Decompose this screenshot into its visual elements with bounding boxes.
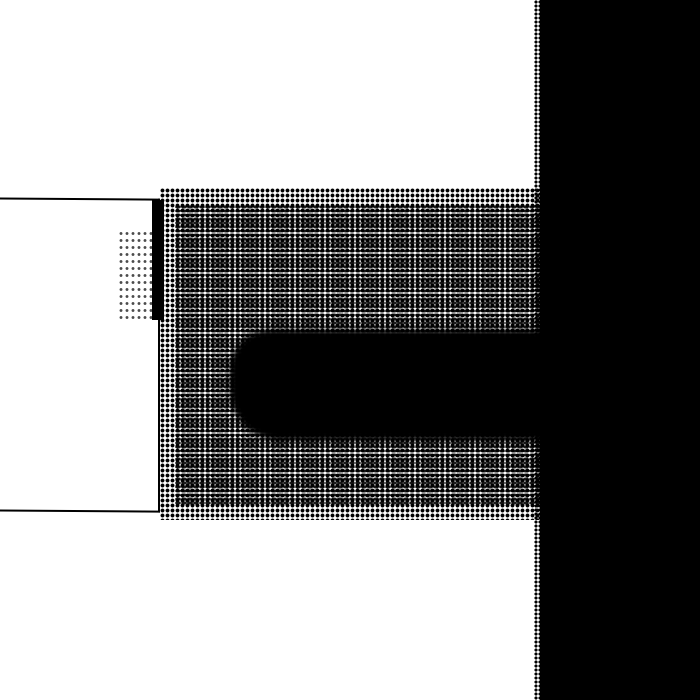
ink-speckle <box>118 230 154 320</box>
solid-black-field <box>540 0 700 700</box>
artwork-canvas <box>0 0 700 700</box>
dark-core-fill <box>290 345 550 425</box>
